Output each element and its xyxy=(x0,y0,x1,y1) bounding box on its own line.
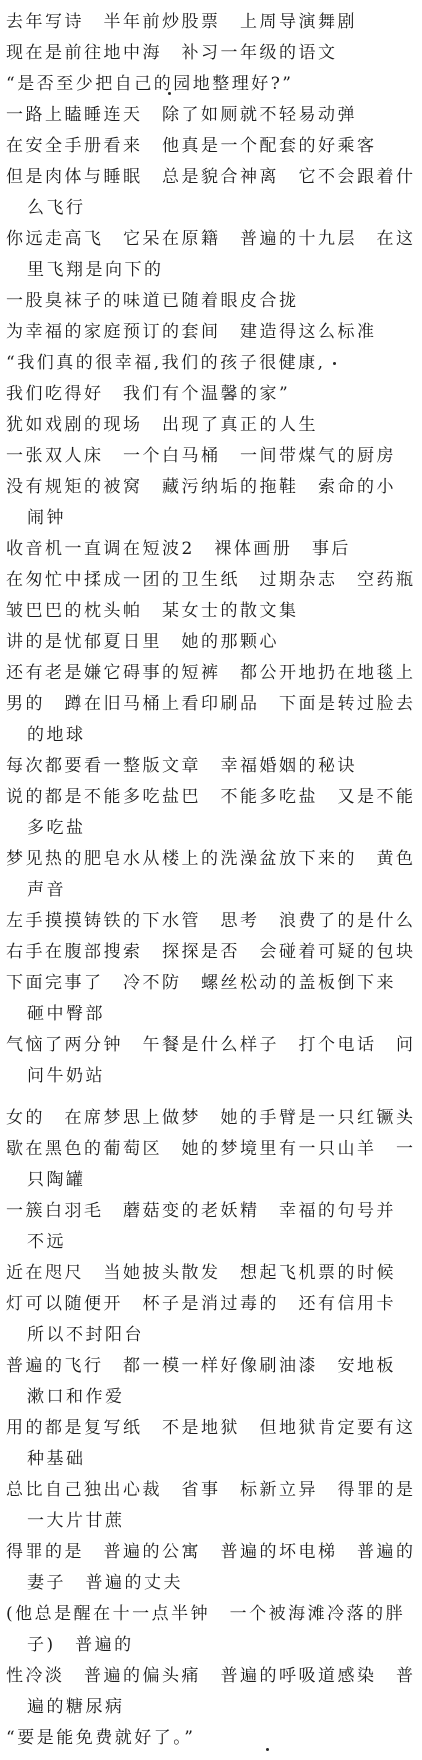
poem-line: 的地球 xyxy=(6,720,422,751)
poem-line: 一簇白羽毛 蘑菇变的老妖精 幸福的句号并 xyxy=(6,1196,422,1227)
poem-line: 闹钟 xyxy=(6,503,422,534)
poem-line: 遍的糖尿病 xyxy=(6,1692,422,1723)
poem-line: 近在咫尺 当她披头散发 想起飞机票的时候 xyxy=(6,1258,422,1289)
poem-line: 所以不封阳台 xyxy=(6,1320,422,1351)
poem-line: 女的 在席梦思上做梦 她的手臂是一只红镢头 xyxy=(6,1103,422,1134)
poem-line: 妻子 普遍的丈夫 xyxy=(6,1568,422,1599)
poem-line: 不远 xyxy=(6,1227,422,1258)
poem-line: 犹如戏剧的现场 出现了真正的人生 xyxy=(6,410,422,441)
poem-line: 我们吃得好 我们有个温馨的家” xyxy=(6,379,422,410)
poem-line: 一大片甘蔗 xyxy=(6,1506,422,1537)
poem-line: 去年写诗 半年前炒股票 上周导演舞剧 xyxy=(6,7,422,38)
poem-line: 一张双人床 一个白马桶 一间带煤气的厨房 xyxy=(6,441,422,472)
poem-line: 普遍的飞行 都一模一样好像刷油漆 安地板 xyxy=(6,1351,422,1382)
poem-line: 子) 普遍的 xyxy=(6,1630,422,1661)
poem-line: 总比自己独出心裁 省事 标新立异 得罪的是 xyxy=(6,1475,422,1506)
poem-line: 但是肉体与睡眠 总是貌合神离 它不会跟着什 xyxy=(6,162,422,193)
scanned-poem-page: 去年写诗 半年前炒股票 上周导演舞剧现在是前往地中海 补习一年级的语文“是否至少… xyxy=(0,0,422,1760)
poem-line: 性冷淡 普遍的偏头痛 普遍的呼吸道感染 普 xyxy=(6,1661,422,1692)
poem-line: 里飞翔是向下的 xyxy=(6,255,422,286)
poem-line: 还有老是嫌它碍事的短裤 都公开地扔在地毯上 xyxy=(6,658,422,689)
poem-line: 只陶罐 xyxy=(6,1165,422,1196)
poem-line: “要是能免费就好了。” xyxy=(6,1723,422,1754)
poem-line: 砸中臀部 xyxy=(6,999,422,1030)
poem-line: 下面完事了 冷不防 螺丝松动的盖板倒下来 xyxy=(6,968,422,999)
poem-line: 男的 蹲在旧马桶上看印刷品 下面是转过脸去 xyxy=(6,689,422,720)
poem-line: (他总是醒在十一点半钟 一个被海滩冷落的胖 xyxy=(6,1599,422,1630)
poem-line: 每次都要看一整版文章 幸福婚姻的秘诀 xyxy=(6,751,422,782)
poem-line: 灯可以随便开 杯子是消过毒的 还有信用卡 xyxy=(6,1289,422,1320)
poem-line: 在匆忙中揉成一团的卫生纸 过期杂志 空药瓶 xyxy=(6,565,422,596)
poem-line: 为幸福的家庭预订的套间 建造得这么标准 xyxy=(6,317,422,348)
poem-line: 收音机一直调在短波2 裸体画册 事后 xyxy=(6,534,422,565)
poem-body: 去年写诗 半年前炒股票 上周导演舞剧现在是前往地中海 补习一年级的语文“是否至少… xyxy=(6,7,422,1754)
poem-line: 歇在黑色的葡萄区 她的梦境里有一只山羊 一 xyxy=(6,1134,422,1165)
poem-line: 没有规矩的被窝 藏污纳垢的拖鞋 索命的小 xyxy=(6,472,422,503)
poem-line: 皱巴巴的枕头帕 某女士的散文集 xyxy=(6,596,422,627)
poem-line: 问牛奶站 xyxy=(6,1061,422,1092)
poem-line: 声音 xyxy=(6,875,422,906)
poem-line: 在安全手册看来 他真是一个配套的好乘客 xyxy=(6,131,422,162)
poem-line: 一路上瞌睡连天 除了如厕就不轻易动弹 xyxy=(6,100,422,131)
poem-line: 你远走高飞 它呆在原籍 普遍的十九层 在这 xyxy=(6,224,422,255)
poem-line: 讲的是忧郁夏日里 她的那颗心 xyxy=(6,627,422,658)
scan-noise-dot xyxy=(333,362,336,365)
poem-line: 右手在腹部搜索 探探是否 会碰着可疑的包块 xyxy=(6,937,422,968)
poem-line: 说的都是不能多吃盐巴 不能多吃盐 又是不能 xyxy=(6,782,422,813)
poem-line: 么飞行 xyxy=(6,193,422,224)
poem-line: 用的都是复写纸 不是地狱 但地狱肯定要有这 xyxy=(6,1413,422,1444)
scan-noise-dot xyxy=(168,92,171,95)
poem-line: 左手摸摸铸铁的下水管 思考 浪费了的是什么 xyxy=(6,906,422,937)
scan-noise-dot xyxy=(405,1112,408,1115)
poem-line: 现在是前往地中海 补习一年级的语文 xyxy=(6,38,422,69)
poem-line: 一股臭袜子的味道已随着眼皮合拢 xyxy=(6,286,422,317)
poem-line: “我们真的很幸福,我们的孩子很健康, xyxy=(6,348,422,379)
poem-line: 得罪的是 普遍的公寓 普遍的坏电梯 普遍的 xyxy=(6,1537,422,1568)
poem-line: 漱口和作爱 xyxy=(6,1382,422,1413)
poem-line: “是否至少把自己的园地整理好?” xyxy=(6,69,422,100)
poem-line: 多吃盐 xyxy=(6,813,422,844)
scan-noise-dot xyxy=(266,1748,269,1751)
poem-line: 种基础 xyxy=(6,1444,422,1475)
poem-line: 梦见热的肥皂水从楼上的洗澡盆放下来的 黄色 xyxy=(6,844,422,875)
poem-line: 气恼了两分钟 午餐是什么样子 打个电话 问 xyxy=(6,1030,422,1061)
